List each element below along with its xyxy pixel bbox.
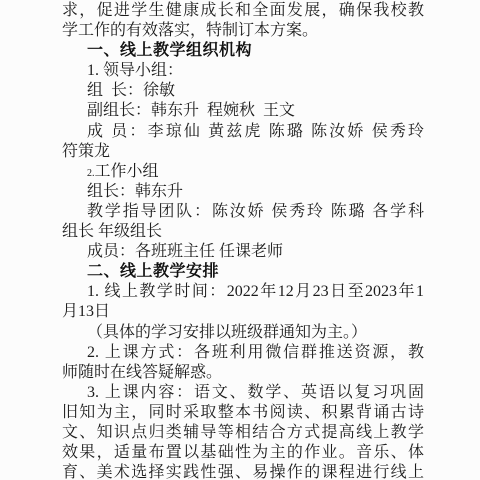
section-heading: 一、线上教学组织机构 [62,41,424,61]
text-line: 文、知识点归类辅导等相结合方式提高线上教学 [62,423,424,443]
text-line: 副组长：韩东升 程婉秋 王文 [62,101,424,121]
text-line: 效果，适量布置以基础性为主的作业。音乐、体 [62,443,424,463]
text-line: 师随时在线答疑解惑。 [62,363,424,383]
text-line: 成 员：李琼仙 黄兹虎 陈璐 陈汝娇 侯秀玲 [62,122,424,142]
text-line: 月13日 [62,302,424,322]
list-number-small: 2. [87,168,95,179]
text-line: 旧知为主，同时采取整本书阅读、积累背诵古诗 [62,403,424,423]
text-line: 组 长：徐敏 [62,81,424,101]
text-line: （具体的学习安排以班级群通知为主。） [62,323,424,343]
text-line: 求，促进学生健康成长和全面发展，确保我校教 [62,1,424,21]
text-line: 2.工作小组 [62,162,424,182]
text-line: 教学指导团队：陈汝娇 侯秀玲 陈璐 各学科 [62,202,424,222]
text-line: 符策龙 [62,142,424,162]
section-heading: 二、线上教学安排 [62,262,424,282]
text-line: 2. 上课方式：各班利用微信群推送资源，教 [62,343,424,363]
text-line: 3. 上课内容：语文、数学、英语以复习巩固 [62,383,424,403]
text-line: 学工作的有效落实，特制订本方案。 [62,21,424,41]
document-page: 求，促进学生健康成长和全面发展，确保我校教学工作的有效落实，特制订本方案。一、线… [0,0,480,480]
text-line: 组长：韩东升 [62,182,424,202]
text-line: 1. 领导小组： [62,61,424,81]
text-line: 育、美术选择实践性强、易操作的课程进行线上 [62,463,424,480]
text-line: 1. 线上教学时间：2022年12月23日至2023年1 [62,282,424,302]
text-line: 组长 年级组长 [62,222,424,242]
document-text-block: 求，促进学生健康成长和全面发展，确保我校教学工作的有效落实，特制订本方案。一、线… [0,0,480,480]
text-line: 成员：各班班主任 任课老师 [62,242,424,262]
